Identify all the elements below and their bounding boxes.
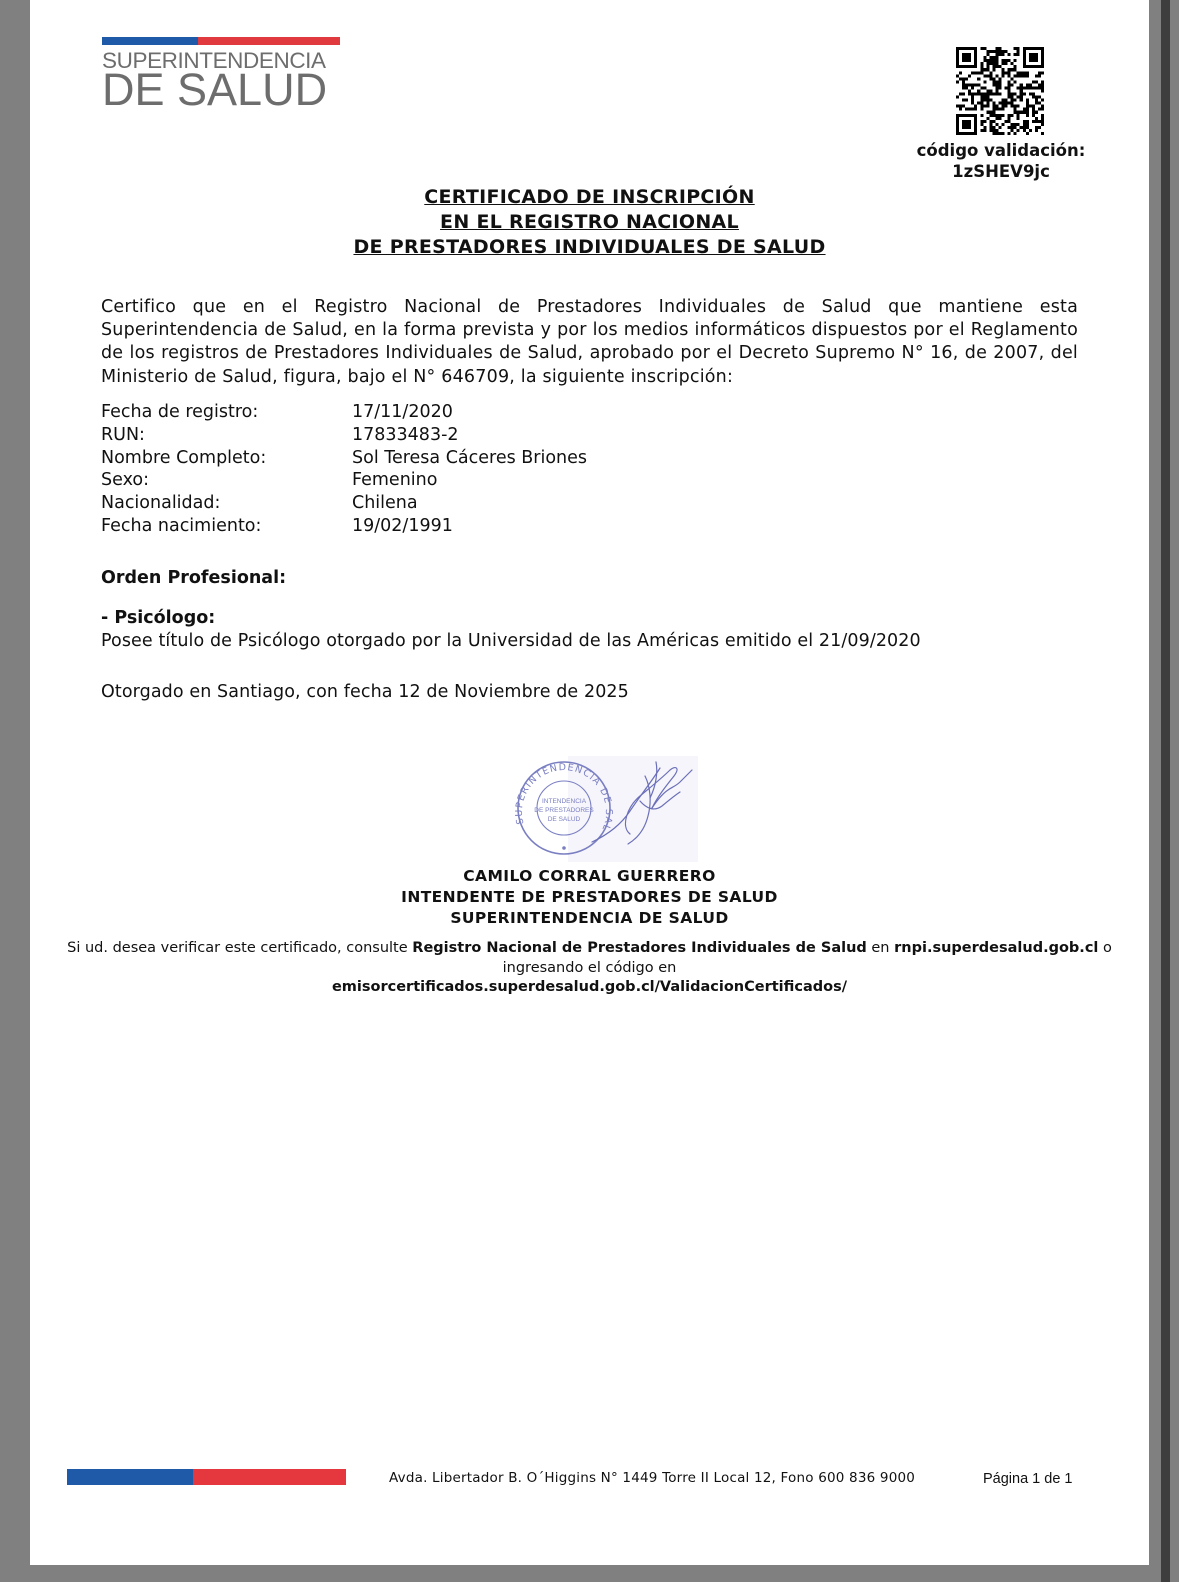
page-number: Página 1 de 1 xyxy=(983,1471,1073,1487)
field-row: Nacionalidad: Chilena xyxy=(101,492,587,515)
registry-name: Registro Nacional de Prestadores Individ… xyxy=(412,940,867,956)
title-line-3: DE PRESTADORES INDIVIDUALES DE SALUD xyxy=(30,235,1149,260)
stamp-center-line2: DE PRESTADORES xyxy=(534,807,594,814)
field-label: Fecha nacimiento: xyxy=(101,515,352,538)
profession-title: - Psicólogo: xyxy=(101,608,215,628)
field-row: Fecha nacimiento: 19/02/1991 xyxy=(101,515,587,538)
validation-code-block: código validación: 1zSHEV9jc xyxy=(890,140,1112,182)
signatory-block: CAMILO CORRAL GUERRERO INTENDENTE DE PRE… xyxy=(30,866,1149,929)
certificate-page: SUPERINTENDENCIA DE SALUD código validac… xyxy=(30,0,1149,1565)
verification-note: Si ud. desea verificar este certificado,… xyxy=(30,939,1149,998)
signatory-institution: SUPERINTENDENCIA DE SALUD xyxy=(30,908,1149,929)
field-value: 17/11/2020 xyxy=(352,401,453,424)
viewer-scrollbar-track[interactable] xyxy=(1161,0,1170,1582)
field-label: Sexo: xyxy=(101,469,352,492)
field-label: Fecha de registro: xyxy=(101,401,352,424)
signatory-position: INTENDENTE DE PRESTADORES DE SALUD xyxy=(30,887,1149,908)
field-value: 19/02/1991 xyxy=(352,515,453,538)
intro-paragraph: Certifico que en el Registro Nacional de… xyxy=(101,296,1078,389)
footer-address: Avda. Libertador B. O´Higgins N° 1449 To… xyxy=(389,1470,915,1486)
validation-link[interactable]: emisorcertificados.superdesalud.gob.cl/V… xyxy=(332,979,847,995)
professional-order-heading: Orden Profesional: xyxy=(101,568,286,588)
registration-details: Fecha de registro: 17/11/2020 RUN: 17833… xyxy=(101,401,587,538)
granted-statement: Otorgado en Santiago, con fecha 12 de No… xyxy=(101,682,629,702)
rnpi-link[interactable]: rnpi.superdesalud.gob.cl xyxy=(894,940,1098,956)
validation-code: 1zSHEV9jc xyxy=(890,161,1112,182)
stamp-and-signature: SUPERINTENDENCIA DE SALUD INTENDENCIA DE… xyxy=(480,756,720,862)
field-value: Sol Teresa Cáceres Briones xyxy=(352,447,587,470)
profession-description: Posee título de Psicólogo otorgado por l… xyxy=(101,631,921,651)
stamp-center-line3: DE SALUD xyxy=(548,816,581,823)
logo-text-line2: DE SALUD xyxy=(102,71,340,109)
field-row: Nombre Completo: Sol Teresa Cáceres Brio… xyxy=(101,447,587,470)
footer-flag-bar xyxy=(67,1469,346,1485)
verify-text-1: Si ud. desea verificar este certificado,… xyxy=(67,940,412,956)
title-line-1: CERTIFICADO DE INSCRIPCIÓN xyxy=(30,185,1149,210)
certificate-title: CERTIFICADO DE INSCRIPCIÓN EN EL REGISTR… xyxy=(30,185,1149,260)
field-value: Chilena xyxy=(352,492,418,515)
field-label: RUN: xyxy=(101,424,352,447)
logo-bar-red xyxy=(198,37,340,45)
field-row: Sexo: Femenino xyxy=(101,469,587,492)
qr-code-icon xyxy=(956,47,1044,135)
logo-flag-bar xyxy=(102,37,340,45)
signatory-name: CAMILO CORRAL GUERRERO xyxy=(30,866,1149,887)
footer-bar-red xyxy=(193,1469,346,1485)
superintendencia-logo: SUPERINTENDENCIA DE SALUD xyxy=(102,37,340,109)
stamp-center-line1: INTENDENCIA xyxy=(542,798,587,805)
footer-bar-blue xyxy=(67,1469,193,1485)
field-row: RUN: 17833483-2 xyxy=(101,424,587,447)
field-value: 17833483-2 xyxy=(352,424,459,447)
field-label: Nombre Completo: xyxy=(101,447,352,470)
title-line-2: EN EL REGISTRO NACIONAL xyxy=(30,210,1149,235)
field-row: Fecha de registro: 17/11/2020 xyxy=(101,401,587,424)
field-label: Nacionalidad: xyxy=(101,492,352,515)
field-value: Femenino xyxy=(352,469,437,492)
verify-text-2: en xyxy=(867,940,894,956)
logo-bar-blue xyxy=(102,37,198,45)
validation-code-label: código validación: xyxy=(890,140,1112,161)
